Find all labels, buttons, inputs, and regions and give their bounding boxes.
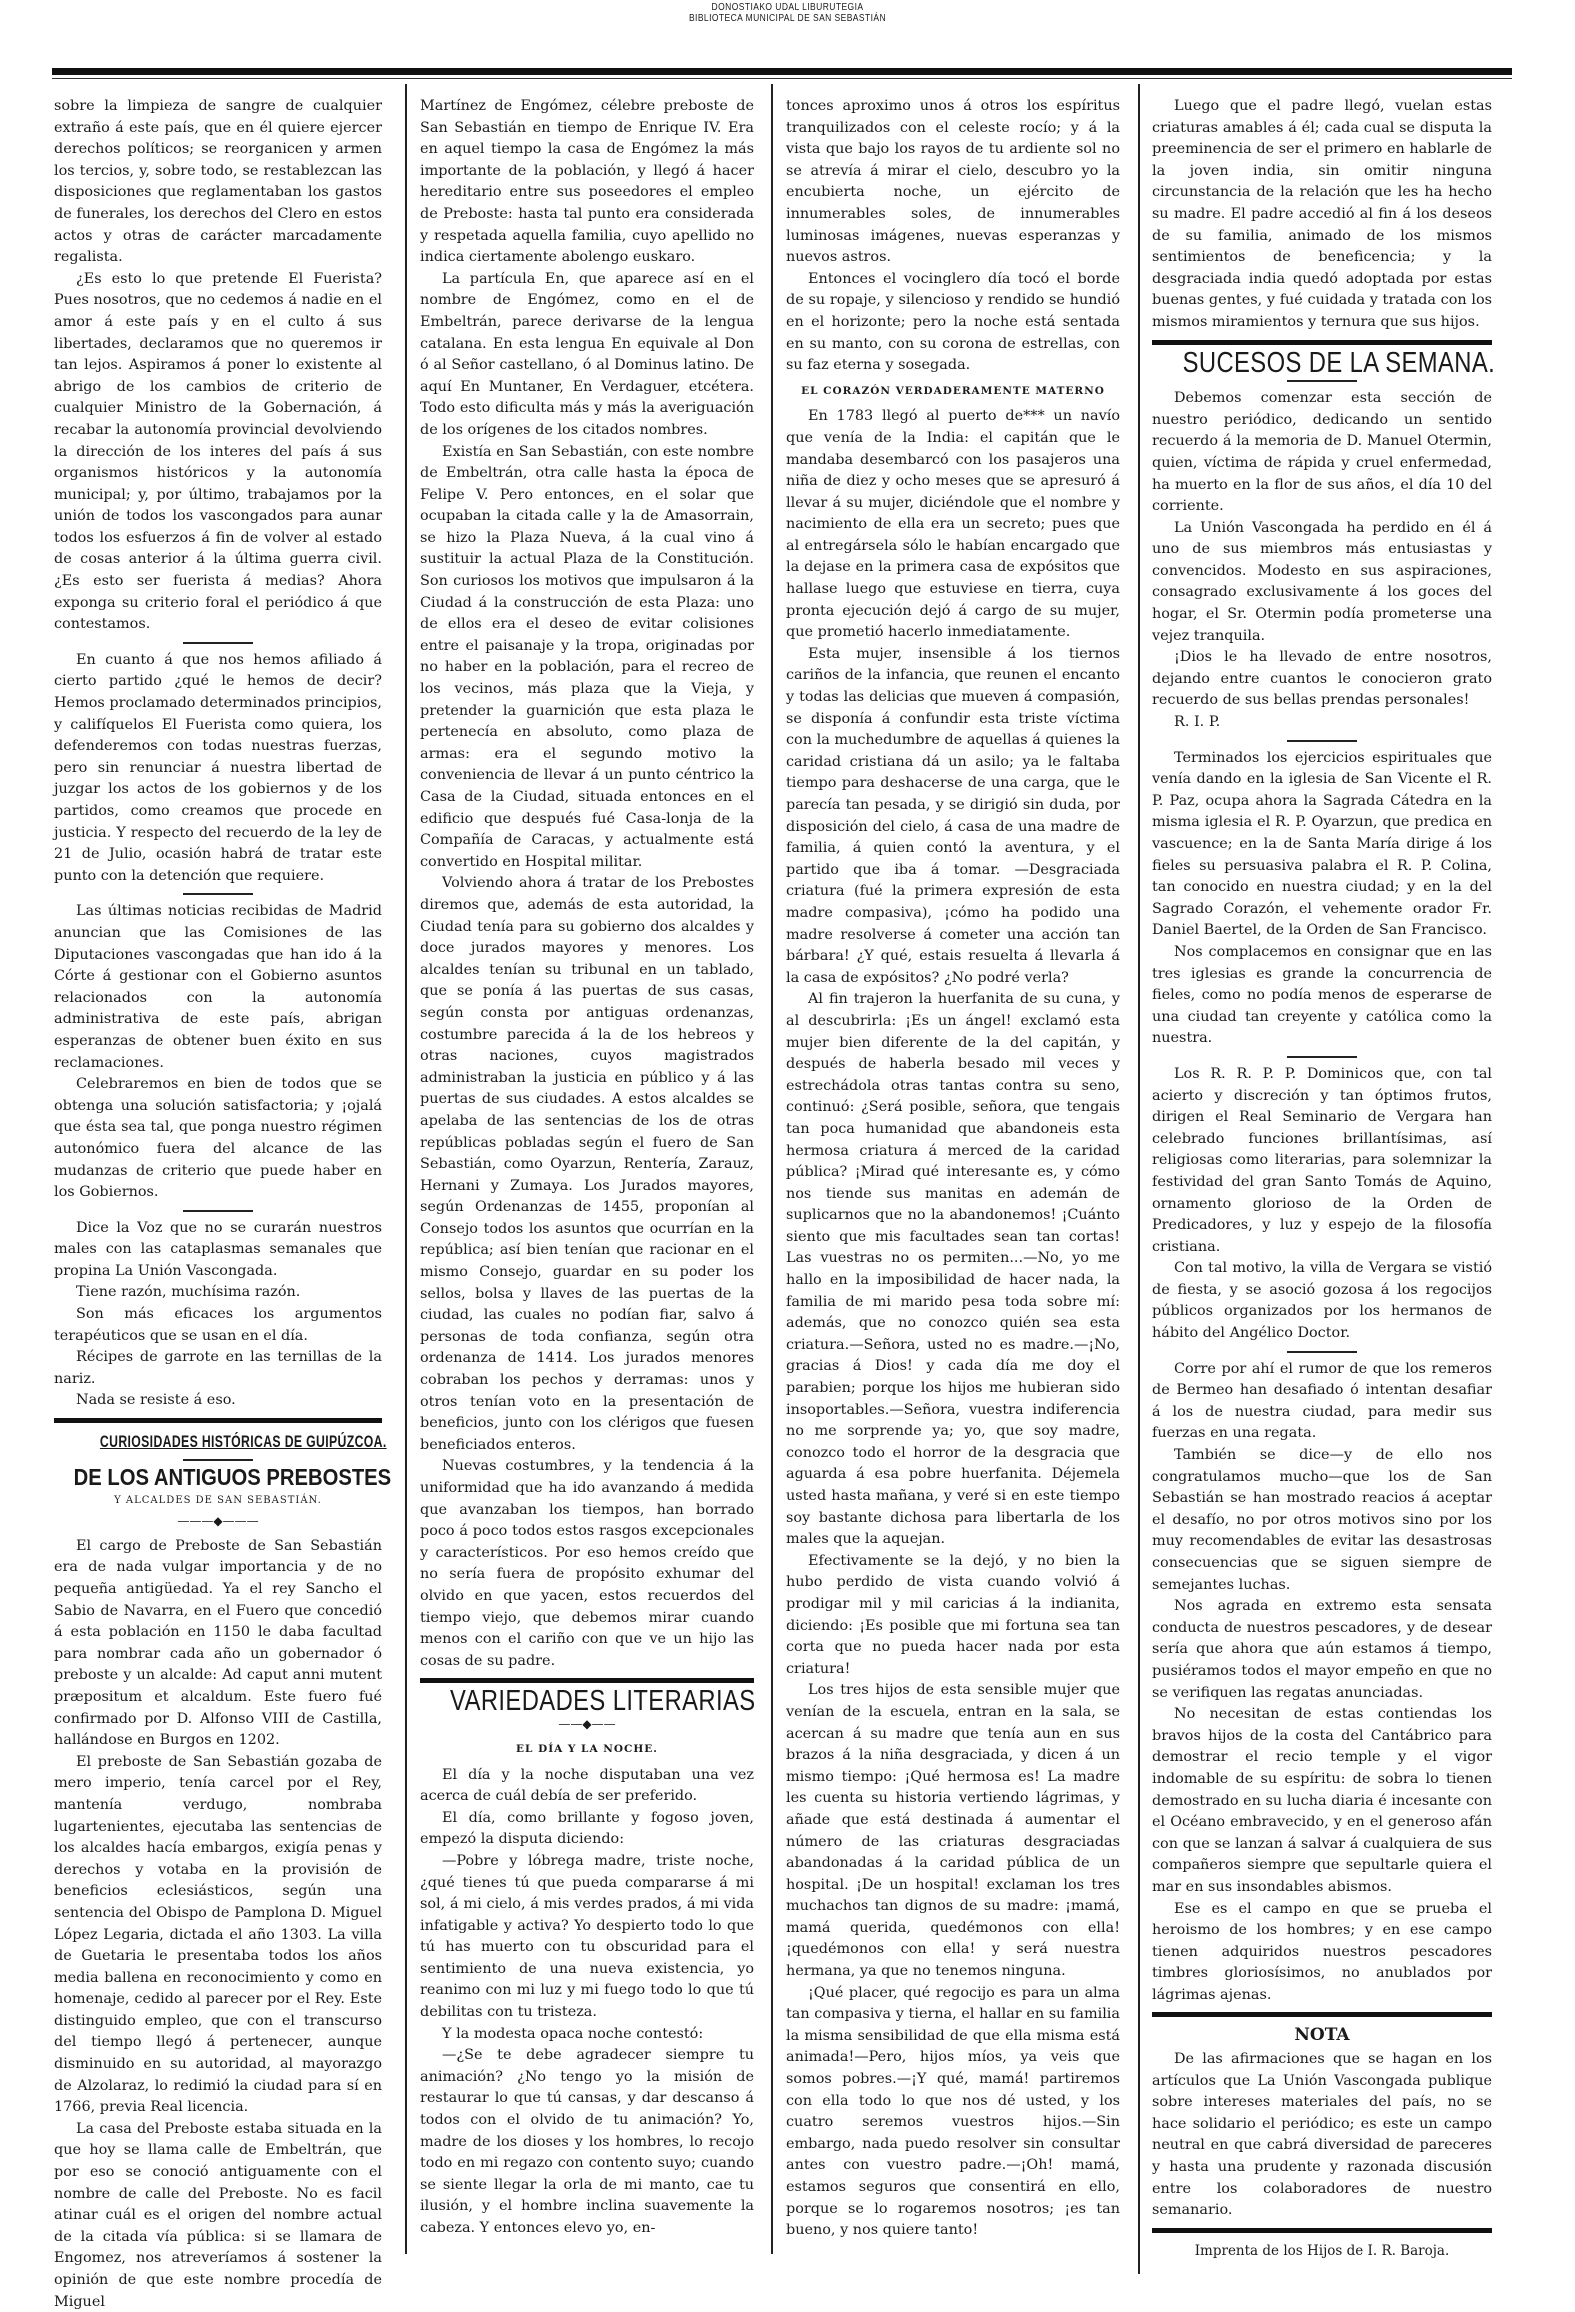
paragraph: Nos complacemos en consignar que en las … — [1152, 942, 1492, 1050]
paragraph: Terminados los ejercicios espirituales q… — [1152, 748, 1492, 942]
section-rule — [54, 1418, 382, 1423]
paragraph: El cargo de Preboste de San Sebastián er… — [54, 1536, 382, 1752]
paragraph: R. I. P. — [1152, 712, 1492, 734]
paragraph: No necesitan de estas contiendas los bra… — [1152, 1704, 1492, 1898]
separator-rule — [183, 1210, 253, 1212]
paragraph: Los tres hijos de esta sensible mujer qu… — [786, 1680, 1120, 1982]
column-divider-3 — [1138, 84, 1140, 2274]
paragraph: Volviendo ahora á tratar de los Preboste… — [420, 873, 754, 1456]
column-2: Martínez de Engómez, célebre preboste de… — [420, 96, 754, 2240]
paragraph: —¿Se te debe agradecer siempre tu animac… — [420, 2045, 754, 2239]
column-divider-1 — [405, 84, 407, 2254]
separator-rule — [1287, 1351, 1357, 1353]
paragraph: Martínez de Engómez, célebre preboste de… — [420, 96, 754, 269]
paragraph: tonces aproximo unos á otros los espírit… — [786, 96, 1120, 269]
paragraph: También se dice—y de ello nos congratula… — [1152, 1445, 1492, 1596]
separator-rule — [1287, 1056, 1357, 1058]
paragraph: Nuevas costumbres, y la tendencia á la u… — [420, 1456, 754, 1672]
paragraph: En 1783 llegó al puerto de*** un navío q… — [786, 406, 1120, 644]
nota-title: NOTA — [1152, 2025, 1492, 2047]
paragraph: ¡Dios le ha llevado de entre nosotros, d… — [1152, 647, 1492, 712]
paragraph: El día y la noche disputaban una vez ace… — [420, 1765, 754, 1808]
paragraph: ¿Es esto lo que pretende El Fuerista? Pu… — [54, 269, 382, 636]
article-kicker: CURIOSIDADES HISTÓRICAS DE GUIPÚZCOA. — [100, 1431, 336, 1453]
paragraph: La partícula En, que aparece así en el n… — [420, 269, 754, 442]
section-rule — [1152, 340, 1492, 345]
paragraph: El preboste de San Sebastián gozaba de m… — [54, 1752, 382, 2119]
paragraph: Son más eficaces los argumentos terapéut… — [54, 1304, 382, 1347]
ornament-divider: ———◆——— — [54, 1514, 382, 1528]
paragraph: La casa del Preboste estaba situada en l… — [54, 2119, 382, 2312]
nota-paragraph: De las afirmaciones que se hagan en los … — [1152, 2049, 1492, 2222]
paragraph: Los R. R. P. P. Dominicos que, con tal a… — [1152, 1064, 1492, 1258]
section-title: SUCESOS DE LA SEMANA. — [1183, 353, 1462, 375]
paragraph: sobre la limpieza de sangre de cualquier… — [54, 96, 382, 269]
story-title: EL CORAZÓN VERDADERAMENTE MATERNO — [786, 381, 1120, 403]
column-divider-2 — [771, 84, 773, 2254]
paragraph: Efectivamente se la dejó, y no bien la h… — [786, 1551, 1120, 1681]
paragraph: Y la modesta opaca noche contestó: — [420, 2024, 754, 2046]
paragraph: Ese es el campo en que se prueba el hero… — [1152, 1899, 1492, 2007]
column-4: Luego que el padre llegó, vuelan estas c… — [1152, 96, 1492, 2262]
paragraph: ¡Qué placer, qué regocijo es para un alm… — [786, 1983, 1120, 2242]
column-1: sobre la limpieza de sangre de cualquier… — [54, 96, 382, 2312]
paragraph: Corre por ahí el rumor de que los remero… — [1152, 1359, 1492, 1445]
library-stamp: DONOSTIAKO UDAL LIBURUTEGIA BIBLIOTECA M… — [118, 2, 1457, 24]
article-headline: DE LOS ANTIGUOS PREBOSTES — [74, 1467, 363, 1489]
separator-rule — [183, 893, 253, 895]
printer-imprint: Imprenta de los Hijos de I. R. Baroja. — [1152, 2241, 1492, 2263]
paragraph: El día, como brillante y fogoso joven, e… — [420, 1808, 754, 1851]
stamp-line-2: BIBLIOTECA MUNICIPAL DE SAN SEBASTIÁN — [118, 13, 1457, 24]
top-rule — [52, 68, 1512, 75]
section-rule — [1152, 2012, 1492, 2017]
ornament-divider: ——◆—— — [420, 1717, 754, 1731]
paragraph: —Pobre y lóbrega madre, triste noche, ¿q… — [420, 1851, 754, 2024]
paragraph: Las últimas noticias recibidas de Madrid… — [54, 901, 382, 1074]
paragraph: Nada se resiste á eso. — [54, 1390, 382, 1412]
stamp-line-1: DONOSTIAKO UDAL LIBURUTEGIA — [118, 2, 1457, 13]
paragraph: Esta mujer, insensible á los tiernos car… — [786, 644, 1120, 990]
paragraph: En cuanto á que nos hemos afiliado á cie… — [54, 650, 382, 888]
paragraph: Luego que el padre llegó, vuelan estas c… — [1152, 96, 1492, 334]
top-rule-thin — [52, 78, 1512, 79]
story-title: EL DÍA Y LA NOCHE. — [420, 1739, 754, 1761]
separator-rule — [183, 642, 253, 644]
section-title: VARIEDADES LITERARIAS — [450, 1691, 724, 1713]
column-3: tonces aproximo unos á otros los espírit… — [786, 96, 1120, 2242]
paragraph: Tiene razón, muchísima razón. — [54, 1282, 382, 1304]
paragraph: Celebraremos en bien de todos que se obt… — [54, 1074, 382, 1204]
paragraph: Entonces el vocinglero día tocó el borde… — [786, 269, 1120, 377]
paragraph: La Unión Vascongada ha perdido en él á u… — [1152, 518, 1492, 648]
section-rule — [420, 1678, 754, 1683]
separator-rule — [183, 1459, 253, 1461]
paragraph: Con tal motivo, la villa de Vergara se v… — [1152, 1258, 1492, 1344]
paragraph: Al fin trajeron la huerfanita de su cuna… — [786, 989, 1120, 1550]
paragraph: Nos agrada en extremo esta sensata condu… — [1152, 1596, 1492, 1704]
article-subhead: Y ALCALDES DE SAN SEBASTIÁN. — [54, 1490, 382, 1512]
section-rule — [1152, 2228, 1492, 2233]
paragraph: Récipes de garrote en las ternillas de l… — [54, 1347, 382, 1390]
paragraph: Dice la Voz que no se curarán nuestros m… — [54, 1218, 382, 1283]
paragraph: Existía en San Sebastián, con este nombr… — [420, 442, 754, 874]
separator-rule — [1287, 740, 1357, 742]
separator-rule — [1287, 380, 1357, 382]
paragraph: Debemos comenzar esta sección de nuestro… — [1152, 388, 1492, 518]
